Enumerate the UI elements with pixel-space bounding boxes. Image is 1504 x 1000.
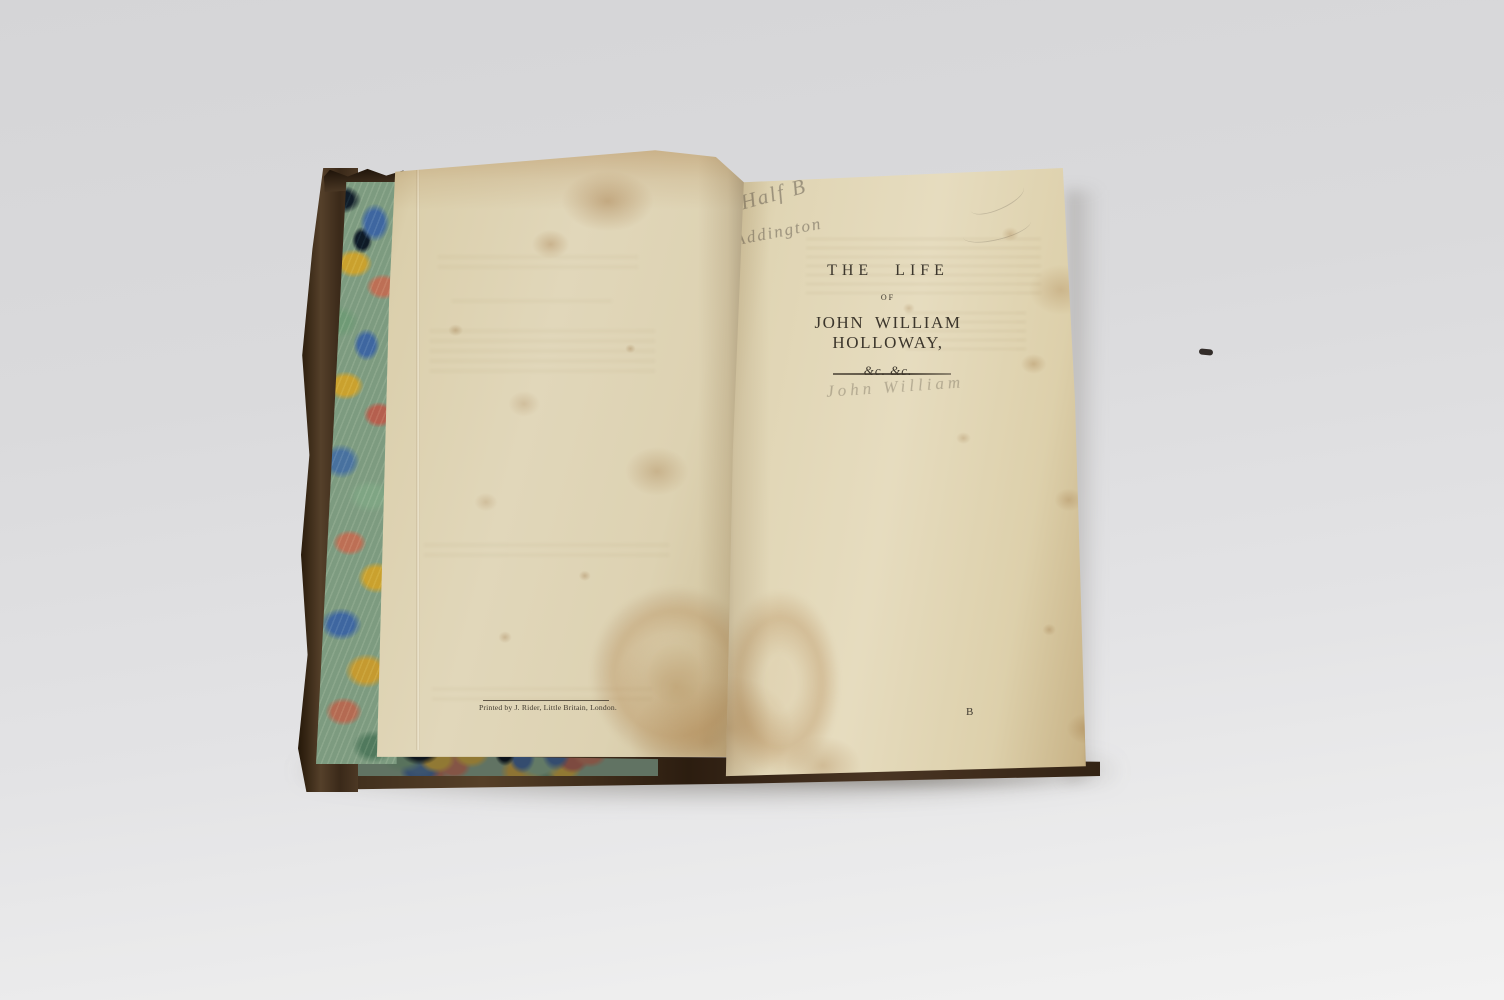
photo-open-antique-book: Printed by J. Rider, Little Britain, Lon… xyxy=(0,0,1504,1000)
title-page: Half B Addington THE LIFE OF JOHN WILLIA… xyxy=(706,160,1096,778)
imprint-rule xyxy=(483,700,609,701)
background-debris-speck xyxy=(1199,348,1214,355)
printer-imprint: Printed by J. Rider, Little Britain, Lon… xyxy=(470,703,626,712)
left-blank-page: Printed by J. Rider, Little Britain, Lon… xyxy=(372,146,752,760)
